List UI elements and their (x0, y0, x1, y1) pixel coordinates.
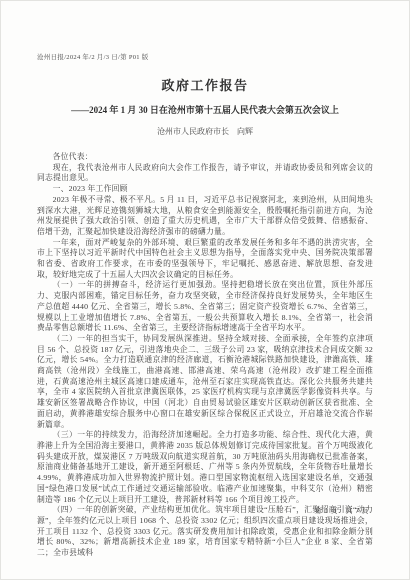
page-number: 第 1 页 共 7 页 (315, 506, 370, 516)
paragraph-item-2-coordination: （二）一年的担当实干，协同发展纵深推进。坚持全域对接、全面承接，全年签约京津项目… (37, 334, 373, 430)
paragraph-salutation: 各位代表： (37, 152, 373, 163)
byline: 沧州市人民政府市长 向辉 (37, 126, 373, 137)
paragraph-year-summary: 一年来，面对严峻复杂的外部环境、艰巨繁重的改革发展任务和多年不遇的洪涝灾害，全市… (37, 238, 373, 281)
paragraph-overview: 2023 年极不寻常、极不平凡。5 月 11 日，习近平总书记视察河北，来到沧州… (37, 195, 373, 238)
paragraph-item-1-economy: （一）一年的拼搏奋斗，经济运行更加强劲。坚持把稳增长放在突出位置，顶住外部压力、… (37, 280, 373, 334)
page-title: 政府工作报告 (37, 77, 373, 95)
section-heading-2023-review: 一、2023 年工作回顾 (37, 184, 373, 195)
paragraph-intro: 现在，我代表沧州市人民政府向大会作工作报告，请予审议，并请政协委员和列席会议的同… (37, 163, 373, 184)
article-body: 各位代表： 现在，我代表沧州市人民政府向大会作工作报告，请予审议，并请政协委员和… (37, 152, 373, 559)
document-page: 沧州日报/2024 年/2 月/3 日/第 P01 版 政府工作报告 ——202… (0, 0, 410, 580)
masthead-source-line: 沧州日报/2024 年/2 月/3 日/第 P01 版 (37, 53, 373, 63)
paragraph-item-3-coastal-economy: （三）一年的持续发力，沿海经济加速崛起。全力打造多功能、综合性、现代化大港，黄骅… (37, 430, 373, 505)
report-subtitle: ——2024 年 1 月 30 日在沧州市第十五届人民代表大会第五次会议上 (37, 104, 373, 116)
